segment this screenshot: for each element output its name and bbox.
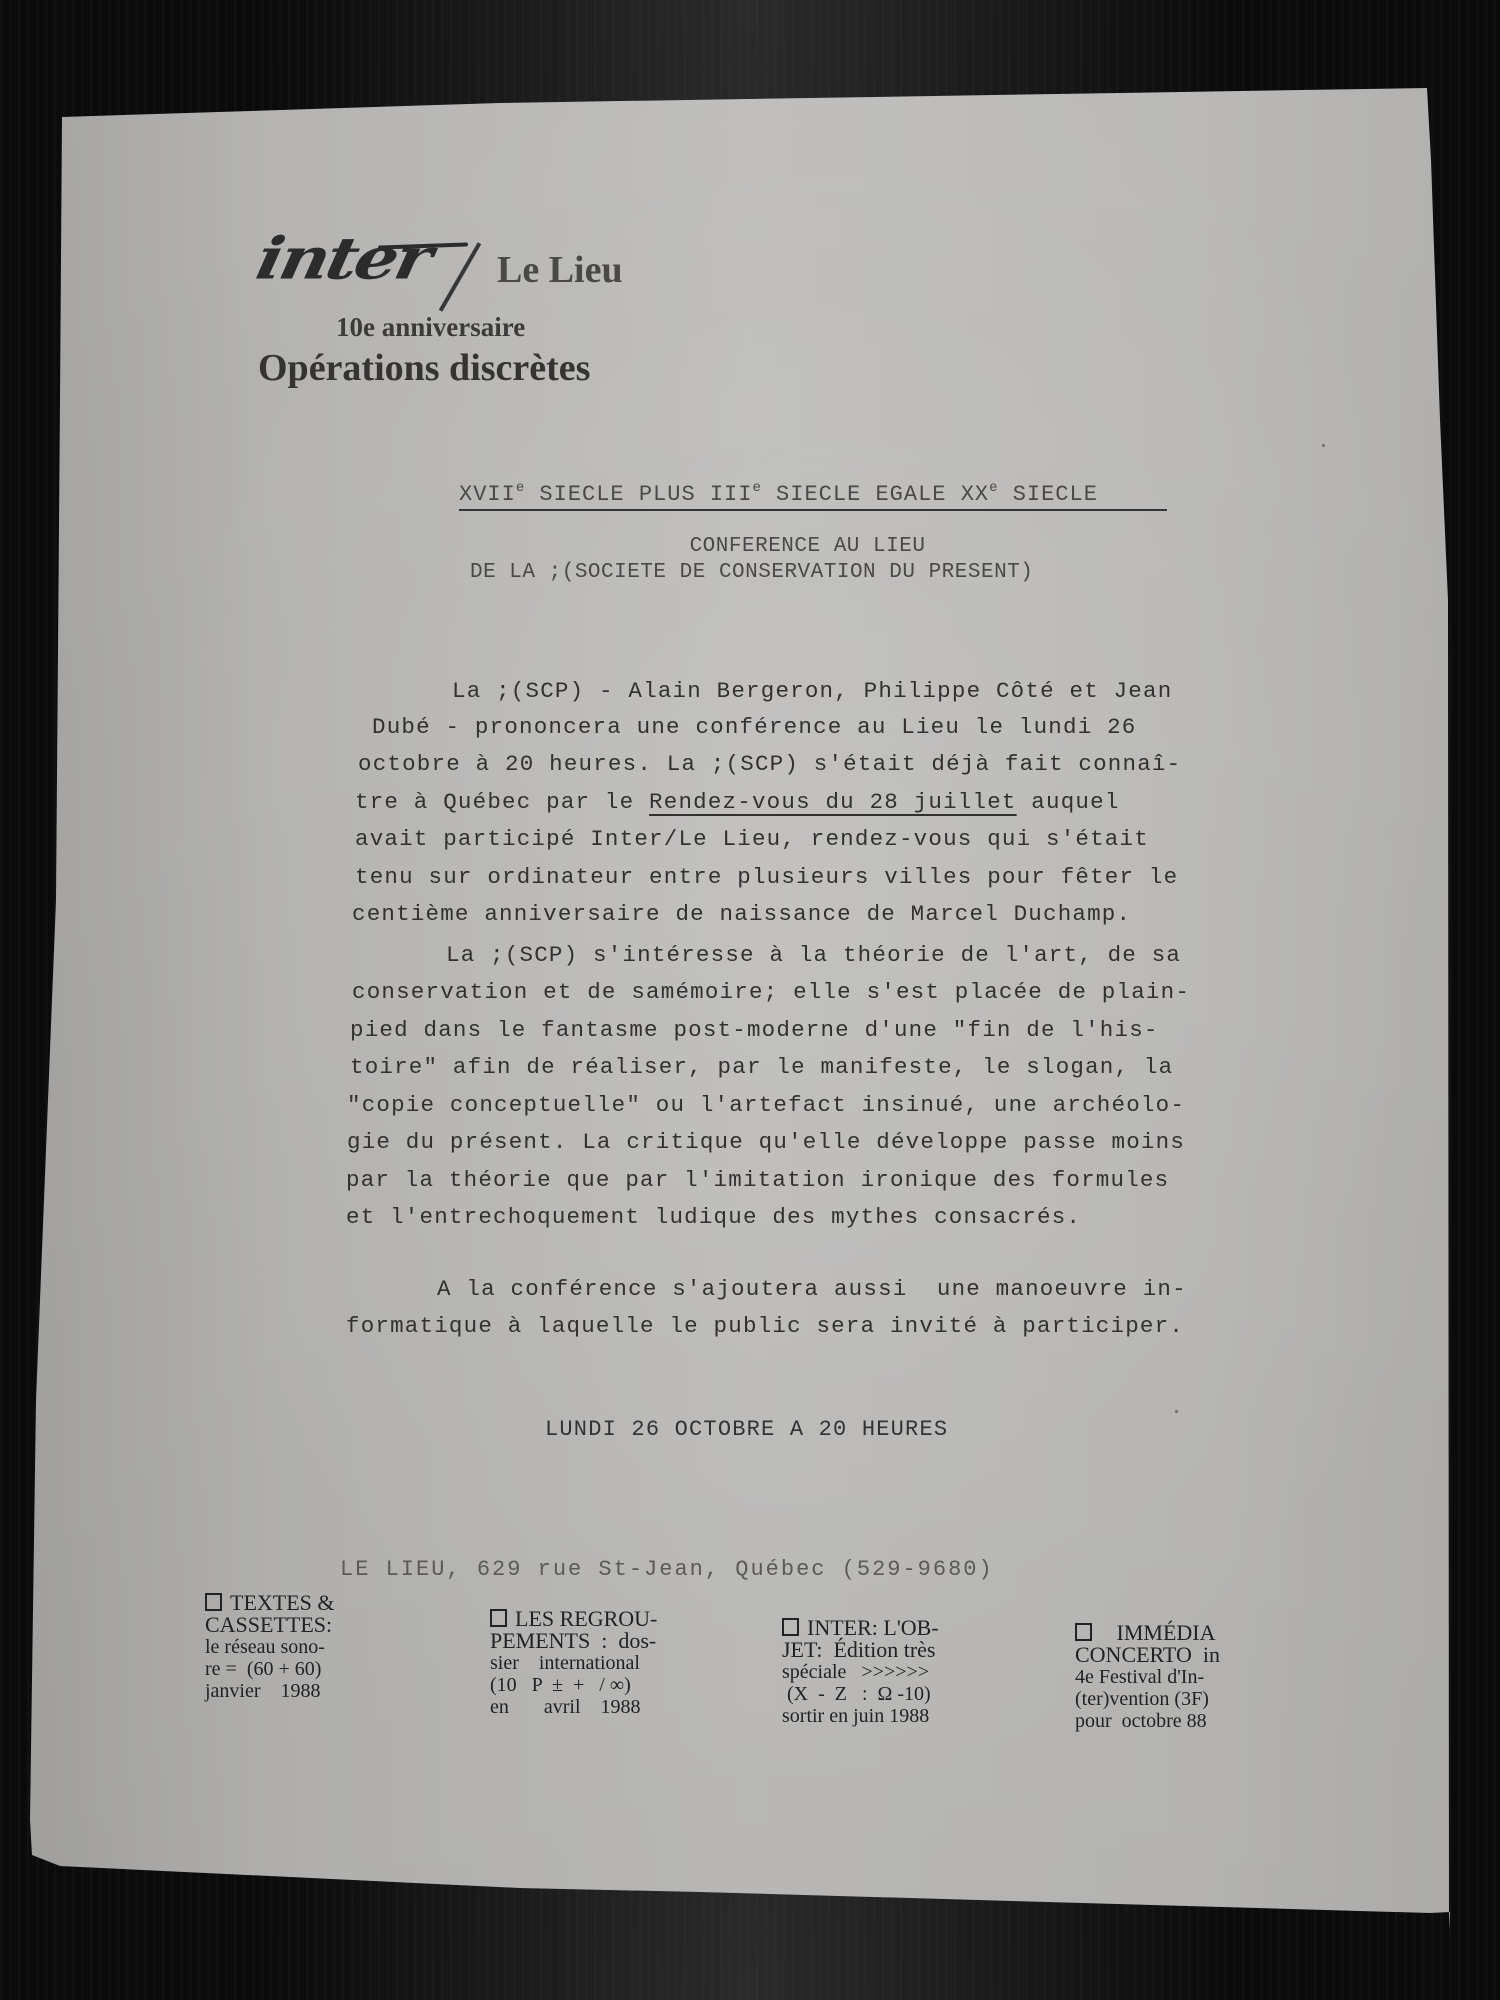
footer-line-text: JET: Édition très bbox=[782, 1637, 936, 1662]
footer-line-text: en avril 1988 bbox=[490, 1696, 641, 1718]
logo-le-lieu: Le Lieu bbox=[497, 248, 623, 292]
footer-line-text: (10 P ± + / ∞) bbox=[490, 1674, 631, 1696]
footer-line: TEXTES & bbox=[205, 1592, 335, 1614]
footer-line-text: spéciale >>>>>> bbox=[782, 1661, 929, 1683]
body-line: avait participé Inter/Le Lieu, rendez-vo… bbox=[355, 826, 1149, 852]
body-line: pied dans le fantasme post-moderne d'une… bbox=[350, 1017, 1159, 1043]
body-line: toire" afin de réaliser, par le manifest… bbox=[350, 1054, 1173, 1080]
body-line: tre à Québec par le Rendez-vous du 28 ju… bbox=[355, 789, 1120, 815]
footer-line: PEMENTS : dos- bbox=[490, 1630, 657, 1652]
footer-line-text: 4e Festival d'In- bbox=[1075, 1666, 1204, 1688]
footer-line-text: (ter)vention (3F) bbox=[1075, 1688, 1209, 1710]
footer-line: (ter)vention (3F) bbox=[1075, 1688, 1220, 1710]
footer-line-text: (X - Z : Ω -10) bbox=[782, 1683, 931, 1705]
footer-line: re = (60 + 60) bbox=[205, 1658, 335, 1680]
event-datetime: LUNDI 26 OCTOBRE A 20 HEURES bbox=[545, 1417, 948, 1442]
paper-speck bbox=[1322, 444, 1325, 447]
anniversary-subtitle: 10e anniversaire bbox=[336, 312, 525, 343]
footer-line: CONCERTO in bbox=[1075, 1644, 1220, 1666]
footer-item-immedia-concerto: IMMÉDIACONCERTO in4e Festival d'In-(ter)… bbox=[1075, 1622, 1220, 1732]
body-line: A la conférence s'ajoutera aussi une man… bbox=[437, 1276, 1187, 1302]
footer-line: LES REGROU- bbox=[490, 1608, 657, 1630]
footer-item-textes-cassettes: TEXTES &CASSETTES:le réseau sono-re = (6… bbox=[205, 1592, 335, 1702]
footer-line: IMMÉDIA bbox=[1075, 1622, 1220, 1644]
body-line: octobre à 20 heures. La ;(SCP) s'était d… bbox=[358, 751, 1181, 777]
footer-line: janvier 1988 bbox=[205, 1680, 335, 1702]
paper-nick bbox=[20, 1412, 30, 1426]
footer-line: (X - Z : Ω -10) bbox=[782, 1683, 939, 1705]
footer-line: INTER: L'OB- bbox=[782, 1617, 939, 1639]
checkbox-icon bbox=[205, 1593, 222, 1611]
body-line: centième anniversaire de naissance de Ma… bbox=[352, 901, 1131, 927]
paper-nick bbox=[32, 536, 42, 550]
body-line: "copie conceptuelle" ou l'artefact insin… bbox=[347, 1092, 1185, 1118]
body-line: formatique à laquelle le public sera inv… bbox=[346, 1313, 1184, 1339]
footer-line: spéciale >>>>>> bbox=[782, 1661, 939, 1683]
footer-line: sortir en juin 1988 bbox=[782, 1705, 939, 1727]
body-line: La ;(SCP) - Alain Bergeron, Philippe Côt… bbox=[452, 678, 1172, 704]
footer-line: sier international bbox=[490, 1652, 657, 1674]
subtitle-line-1: CONFERENCE AU LIEU bbox=[0, 535, 1500, 558]
footer-line: CASSETTES: bbox=[205, 1614, 335, 1636]
footer-line: JET: Édition très bbox=[782, 1639, 939, 1661]
paper-sheet: inter Le Lieu 10e anniversaire Opération… bbox=[0, 0, 1500, 2000]
footer-line: (10 P ± + / ∞) bbox=[490, 1674, 657, 1696]
footer-line-text: CONCERTO in bbox=[1075, 1642, 1220, 1667]
logo-inter-script: inter bbox=[251, 225, 436, 293]
body-text-segment: auquel bbox=[1017, 789, 1120, 815]
footer-line: 4e Festival d'In- bbox=[1075, 1666, 1220, 1688]
footer-line: en avril 1988 bbox=[490, 1696, 657, 1718]
footer-line-text: janvier 1988 bbox=[205, 1680, 321, 1702]
footer-line-text: PEMENTS : dos- bbox=[490, 1628, 656, 1653]
body-line: tenu sur ordinateur entre plusieurs vill… bbox=[355, 864, 1178, 890]
footer-line: le réseau sono- bbox=[205, 1636, 335, 1658]
underlined-reference: Rendez-vous du 28 juillet bbox=[649, 789, 1017, 815]
checkbox-icon bbox=[1075, 1623, 1092, 1641]
body-line: par la théorie que par l'imitation ironi… bbox=[346, 1167, 1169, 1193]
footer-line-text: sier international bbox=[490, 1652, 640, 1674]
subtitle-line-2: DE LA ;(SOCIETE DE CONSERVATION DU PRESE… bbox=[470, 561, 1033, 584]
title-underline bbox=[459, 509, 1167, 511]
body-line: La ;(SCP) s'intéresse à la théorie de l'… bbox=[446, 942, 1181, 968]
body-line: et l'entrechoquement ludique des mythes … bbox=[346, 1204, 1081, 1230]
footer-line-text: pour octobre 88 bbox=[1075, 1710, 1207, 1732]
paper-speck bbox=[1175, 1410, 1178, 1413]
body-line: gie du présent. La critique qu'elle déve… bbox=[347, 1129, 1185, 1155]
venue-address: LE LIEU, 629 rue St-Jean, Québec (529-96… bbox=[340, 1557, 994, 1582]
body-text-segment: tre à Québec par le bbox=[355, 789, 649, 815]
document-title: XVIIe SIECLE PLUS IIIe SIECLE EGALE XXe … bbox=[459, 480, 1098, 507]
footer-line-text: sortir en juin 1988 bbox=[782, 1705, 929, 1727]
footer-item-inter-objet: INTER: L'OB-JET: Édition trèsspéciale >>… bbox=[782, 1617, 939, 1727]
footer-line: pour octobre 88 bbox=[1075, 1710, 1220, 1732]
checkbox-icon bbox=[782, 1618, 799, 1636]
footer-item-regroupements: LES REGROU-PEMENTS : dos-sier internatio… bbox=[490, 1608, 657, 1718]
series-title: Opérations discrètes bbox=[258, 346, 590, 390]
body-line: conservation et de samémoire; elle s'est… bbox=[352, 979, 1190, 1005]
body-line: Dubé - prononcera une conférence au Lieu… bbox=[372, 714, 1137, 740]
footer-line-text: le réseau sono- bbox=[205, 1636, 325, 1658]
footer-line-text: CASSETTES: bbox=[205, 1612, 332, 1637]
footer-line-text: re = (60 + 60) bbox=[205, 1658, 321, 1680]
checkbox-icon bbox=[490, 1609, 507, 1627]
